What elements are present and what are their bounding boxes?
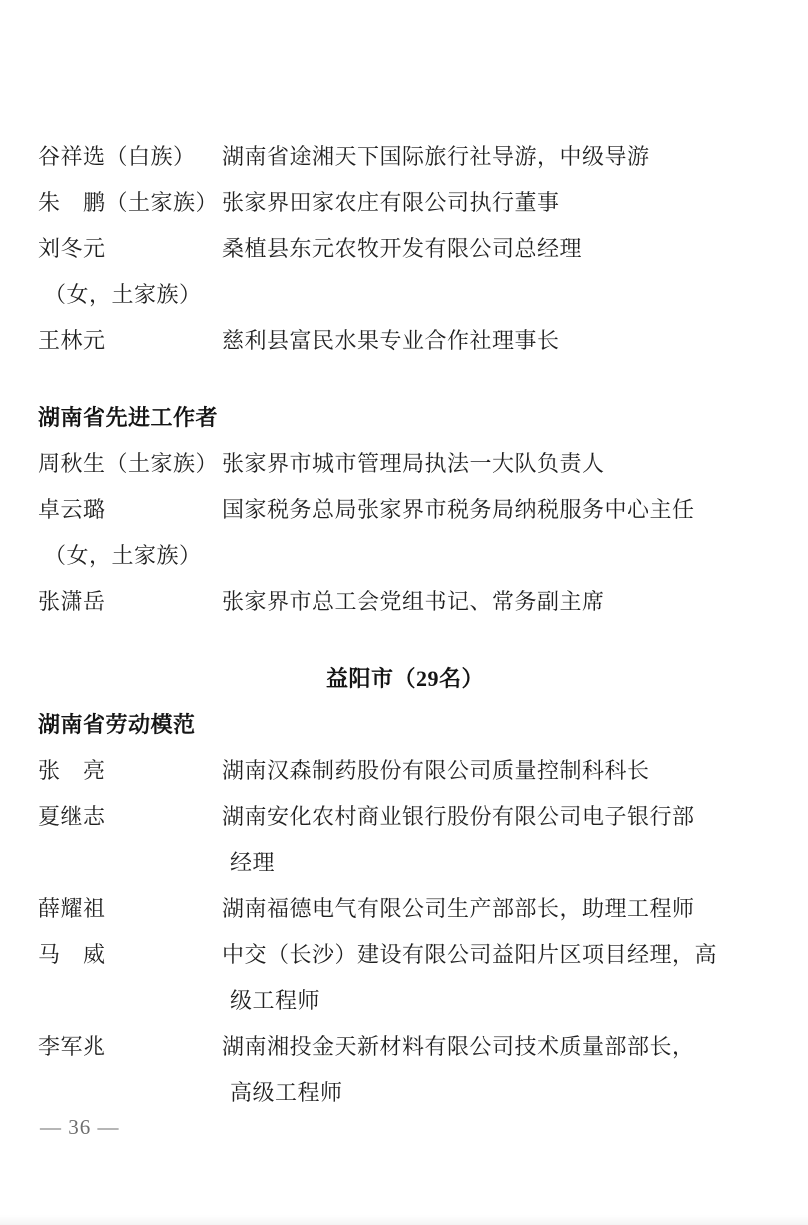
city-heading-suffix: 名） (439, 666, 484, 691)
entry-row: 夏继志湖南安化农村商业银行股份有限公司电子银行部 (38, 794, 772, 840)
entry-row: 薛耀祖湖南福德电气有限公司生产部部长，助理工程师 (38, 886, 772, 932)
entry-desc: 湖南汉森制药股份有限公司质量控制科科长 (222, 748, 772, 794)
entry-gender-ethnicity-note: （女，土家族） (38, 272, 772, 318)
entry-desc-continuation: 经理 (38, 840, 772, 886)
entry-row: 卓云璐国家税务总局张家界市税务局纳税服务中心主任 (38, 487, 772, 533)
entry-desc-continuation: 高级工程师 (38, 1070, 772, 1116)
entry-row: 周秋生（土家族）张家界市城市管理局执法一大队负责人 (38, 441, 772, 487)
entry-desc: 湖南安化农村商业银行股份有限公司电子银行部 (222, 794, 772, 840)
entry-desc: 张家界田家农庄有限公司执行董事 (222, 180, 772, 226)
entry-name: 卓云璐 (38, 487, 222, 533)
entry-row: 王林元慈利县富民水果专业合作社理事长 (38, 318, 772, 364)
entry-desc: 慈利县富民水果专业合作社理事长 (222, 318, 772, 364)
entry-desc-line: 桑植县东元农牧开发有限公司总经理 (222, 226, 772, 272)
entry-gender-ethnicity-note: （女，土家族） (38, 533, 772, 579)
entry-desc: 桑植县东元农牧开发有限公司总经理 (222, 226, 772, 272)
entry-name: 张 亮 (38, 748, 222, 794)
entry-row: 李军兆湖南湘投金天新材料有限公司技术质量部部长， (38, 1024, 772, 1070)
page-content: 谷祥选（白族）湖南省途湘天下国际旅行社导游，中级导游朱 鹏（土家族）张家界田家农… (38, 134, 772, 1116)
city-heading: 益阳市（29名） (38, 656, 772, 702)
entry-name: 张潇岳 (38, 579, 222, 625)
city-heading-prefix: 益阳市（ (326, 666, 416, 691)
entry-name: 马 威 (38, 932, 222, 978)
entry-desc: 湖南福德电气有限公司生产部部长，助理工程师 (222, 886, 772, 932)
entry-name: 夏继志 (38, 794, 222, 840)
city-heading-count: 29 (416, 666, 439, 691)
entry-row: 张 亮湖南汉森制药股份有限公司质量控制科科长 (38, 748, 772, 794)
entry-name: 李军兆 (38, 1024, 222, 1070)
entry-desc: 张家界市总工会党组书记、常务副主席 (222, 579, 772, 625)
entry-desc-line: 湖南安化农村商业银行股份有限公司电子银行部 (222, 794, 772, 840)
entry-desc-line: 张家界田家农庄有限公司执行董事 (222, 180, 772, 226)
entry-name: 薛耀祖 (38, 886, 222, 932)
entry-desc: 中交（长沙）建设有限公司益阳片区项目经理，高 (222, 932, 772, 978)
entry-name: 周秋生（土家族） (38, 441, 222, 487)
entry-desc: 湖南省途湘天下国际旅行社导游，中级导游 (222, 134, 772, 180)
entry-desc-line: 国家税务总局张家界市税务局纳税服务中心主任 (222, 487, 772, 533)
entry-name: 朱 鹏（土家族） (38, 180, 222, 226)
entry-desc: 张家界市城市管理局执法一大队负责人 (222, 441, 772, 487)
entry-desc: 湖南湘投金天新材料有限公司技术质量部部长， (222, 1024, 772, 1070)
entry-row: 马 威中交（长沙）建设有限公司益阳片区项目经理，高 (38, 932, 772, 978)
entry-desc-line: 张家界市城市管理局执法一大队负责人 (222, 441, 772, 487)
entry-desc-line: 湖南省途湘天下国际旅行社导游，中级导游 (222, 134, 772, 180)
entry-name: 王林元 (38, 318, 222, 364)
document-page: 谷祥选（白族）湖南省途湘天下国际旅行社导游，中级导游朱 鹏（土家族）张家界田家农… (0, 0, 808, 1225)
entry-desc-line: 湖南湘投金天新材料有限公司技术质量部部长， (222, 1024, 772, 1070)
entry-row: 刘冬元桑植县东元农牧开发有限公司总经理 (38, 226, 772, 272)
entry-row: 朱 鹏（土家族）张家界田家农庄有限公司执行董事 (38, 180, 772, 226)
entry-desc-continuation: 级工程师 (38, 978, 772, 1024)
page-number: — 36 — (40, 1112, 120, 1142)
entry-desc-line: 中交（长沙）建设有限公司益阳片区项目经理，高 (222, 932, 772, 978)
section-heading: 湖南省劳动模范 (38, 702, 772, 748)
entry-desc-line: 湖南汉森制药股份有限公司质量控制科科长 (222, 748, 772, 794)
entry-desc-line: 张家界市总工会党组书记、常务副主席 (222, 579, 772, 625)
entry-name: 刘冬元 (38, 226, 222, 272)
entry-row: 张潇岳张家界市总工会党组书记、常务副主席 (38, 579, 772, 625)
entry-desc-line: 慈利县富民水果专业合作社理事长 (222, 318, 772, 364)
entry-name: 谷祥选（白族） (38, 134, 222, 180)
entry-desc: 国家税务总局张家界市税务局纳税服务中心主任 (222, 487, 772, 533)
section-heading: 湖南省先进工作者 (38, 395, 772, 441)
entry-desc-line: 湖南福德电气有限公司生产部部长，助理工程师 (222, 886, 772, 932)
entry-row: 谷祥选（白族）湖南省途湘天下国际旅行社导游，中级导游 (38, 134, 772, 180)
